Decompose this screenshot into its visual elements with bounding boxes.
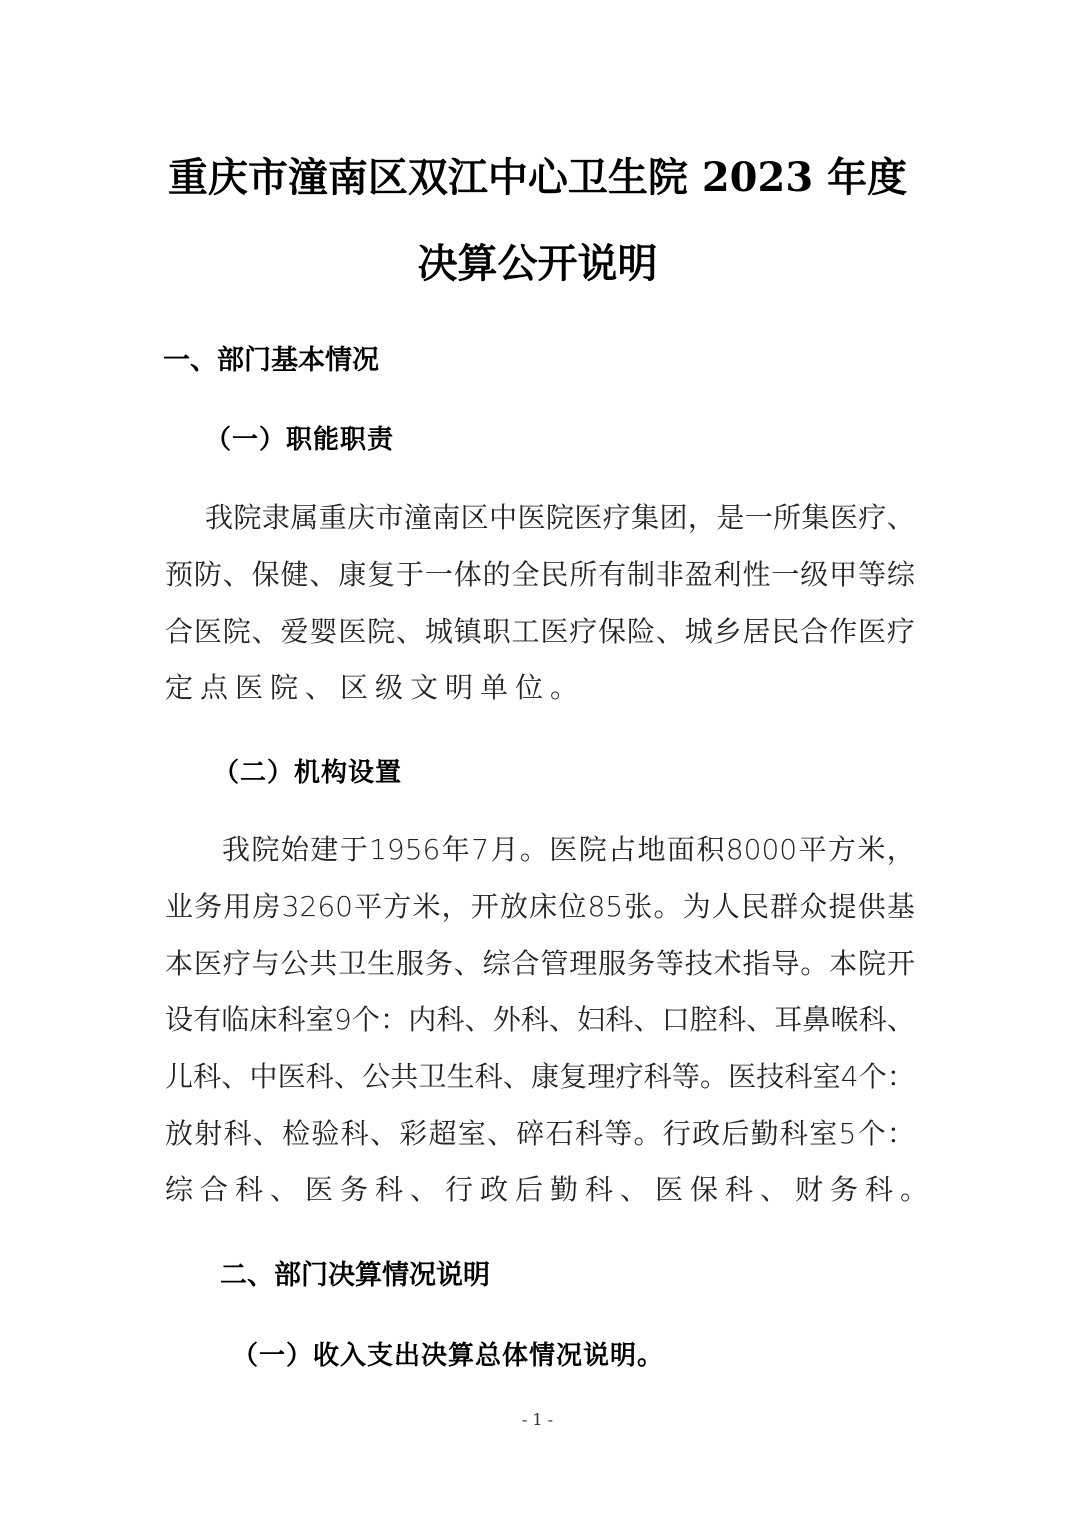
section1-heading: 一、部门基本情况 bbox=[163, 338, 379, 377]
section2-heading: 二、部门决算情况说明 bbox=[220, 1253, 490, 1292]
paragraph-line: 放射科、检验科、彩超室、碎石科等。行政后勤科室5个： bbox=[165, 1114, 915, 1154]
paragraph-line: 我院始建于1956年7月。医院占地面积8000平方米， bbox=[222, 830, 915, 870]
paragraph-line: 业务用房3260平方米，开放床位85张。为人民群众提供基 bbox=[165, 887, 915, 927]
document-title-line2: 决算公开说明 bbox=[0, 232, 1075, 289]
document-title-line1: 重庆市潼南区双江中心卫生院 2023 年度 bbox=[0, 146, 1075, 203]
paragraph-line: 儿科、中医科、公共卫生科、康复理疗科等。医技科室4个： bbox=[165, 1057, 915, 1097]
paragraph-line: 定点医院、区级文明单位。 bbox=[165, 668, 915, 708]
page-number: - 1 - bbox=[0, 1410, 1075, 1429]
document-page: 重庆市潼南区双江中心卫生院 2023 年度 决算公开说明 一、部门基本情况 （一… bbox=[0, 0, 1075, 1520]
paragraph-line: 综合科、医务科、行政后勤科、医保科、财务科。 bbox=[165, 1170, 915, 1210]
paragraph-line: 预防、保健、康复于一体的全民所有制非盈利性一级甲等综 bbox=[165, 555, 915, 595]
section2-sub1-heading: （一）收入支出决算总体情况说明。 bbox=[232, 1335, 664, 1372]
paragraph-line: 设有临床科室9个：内科、外科、妇科、口腔科、耳鼻喉科、 bbox=[165, 1000, 915, 1040]
section1-sub1-heading: （一）职能职责 bbox=[205, 419, 394, 456]
paragraph-line: 合医院、爱婴医院、城镇职工医疗保险、城乡居民合作医疗 bbox=[165, 612, 915, 652]
paragraph-line: 我院隶属重庆市潼南区中医院医疗集团，是一所集医疗、 bbox=[205, 498, 915, 538]
section1-sub2-heading: （二）机构设置 bbox=[213, 752, 402, 789]
paragraph-line: 本医疗与公共卫生服务、综合管理服务等技术指导。本院开 bbox=[165, 944, 915, 984]
